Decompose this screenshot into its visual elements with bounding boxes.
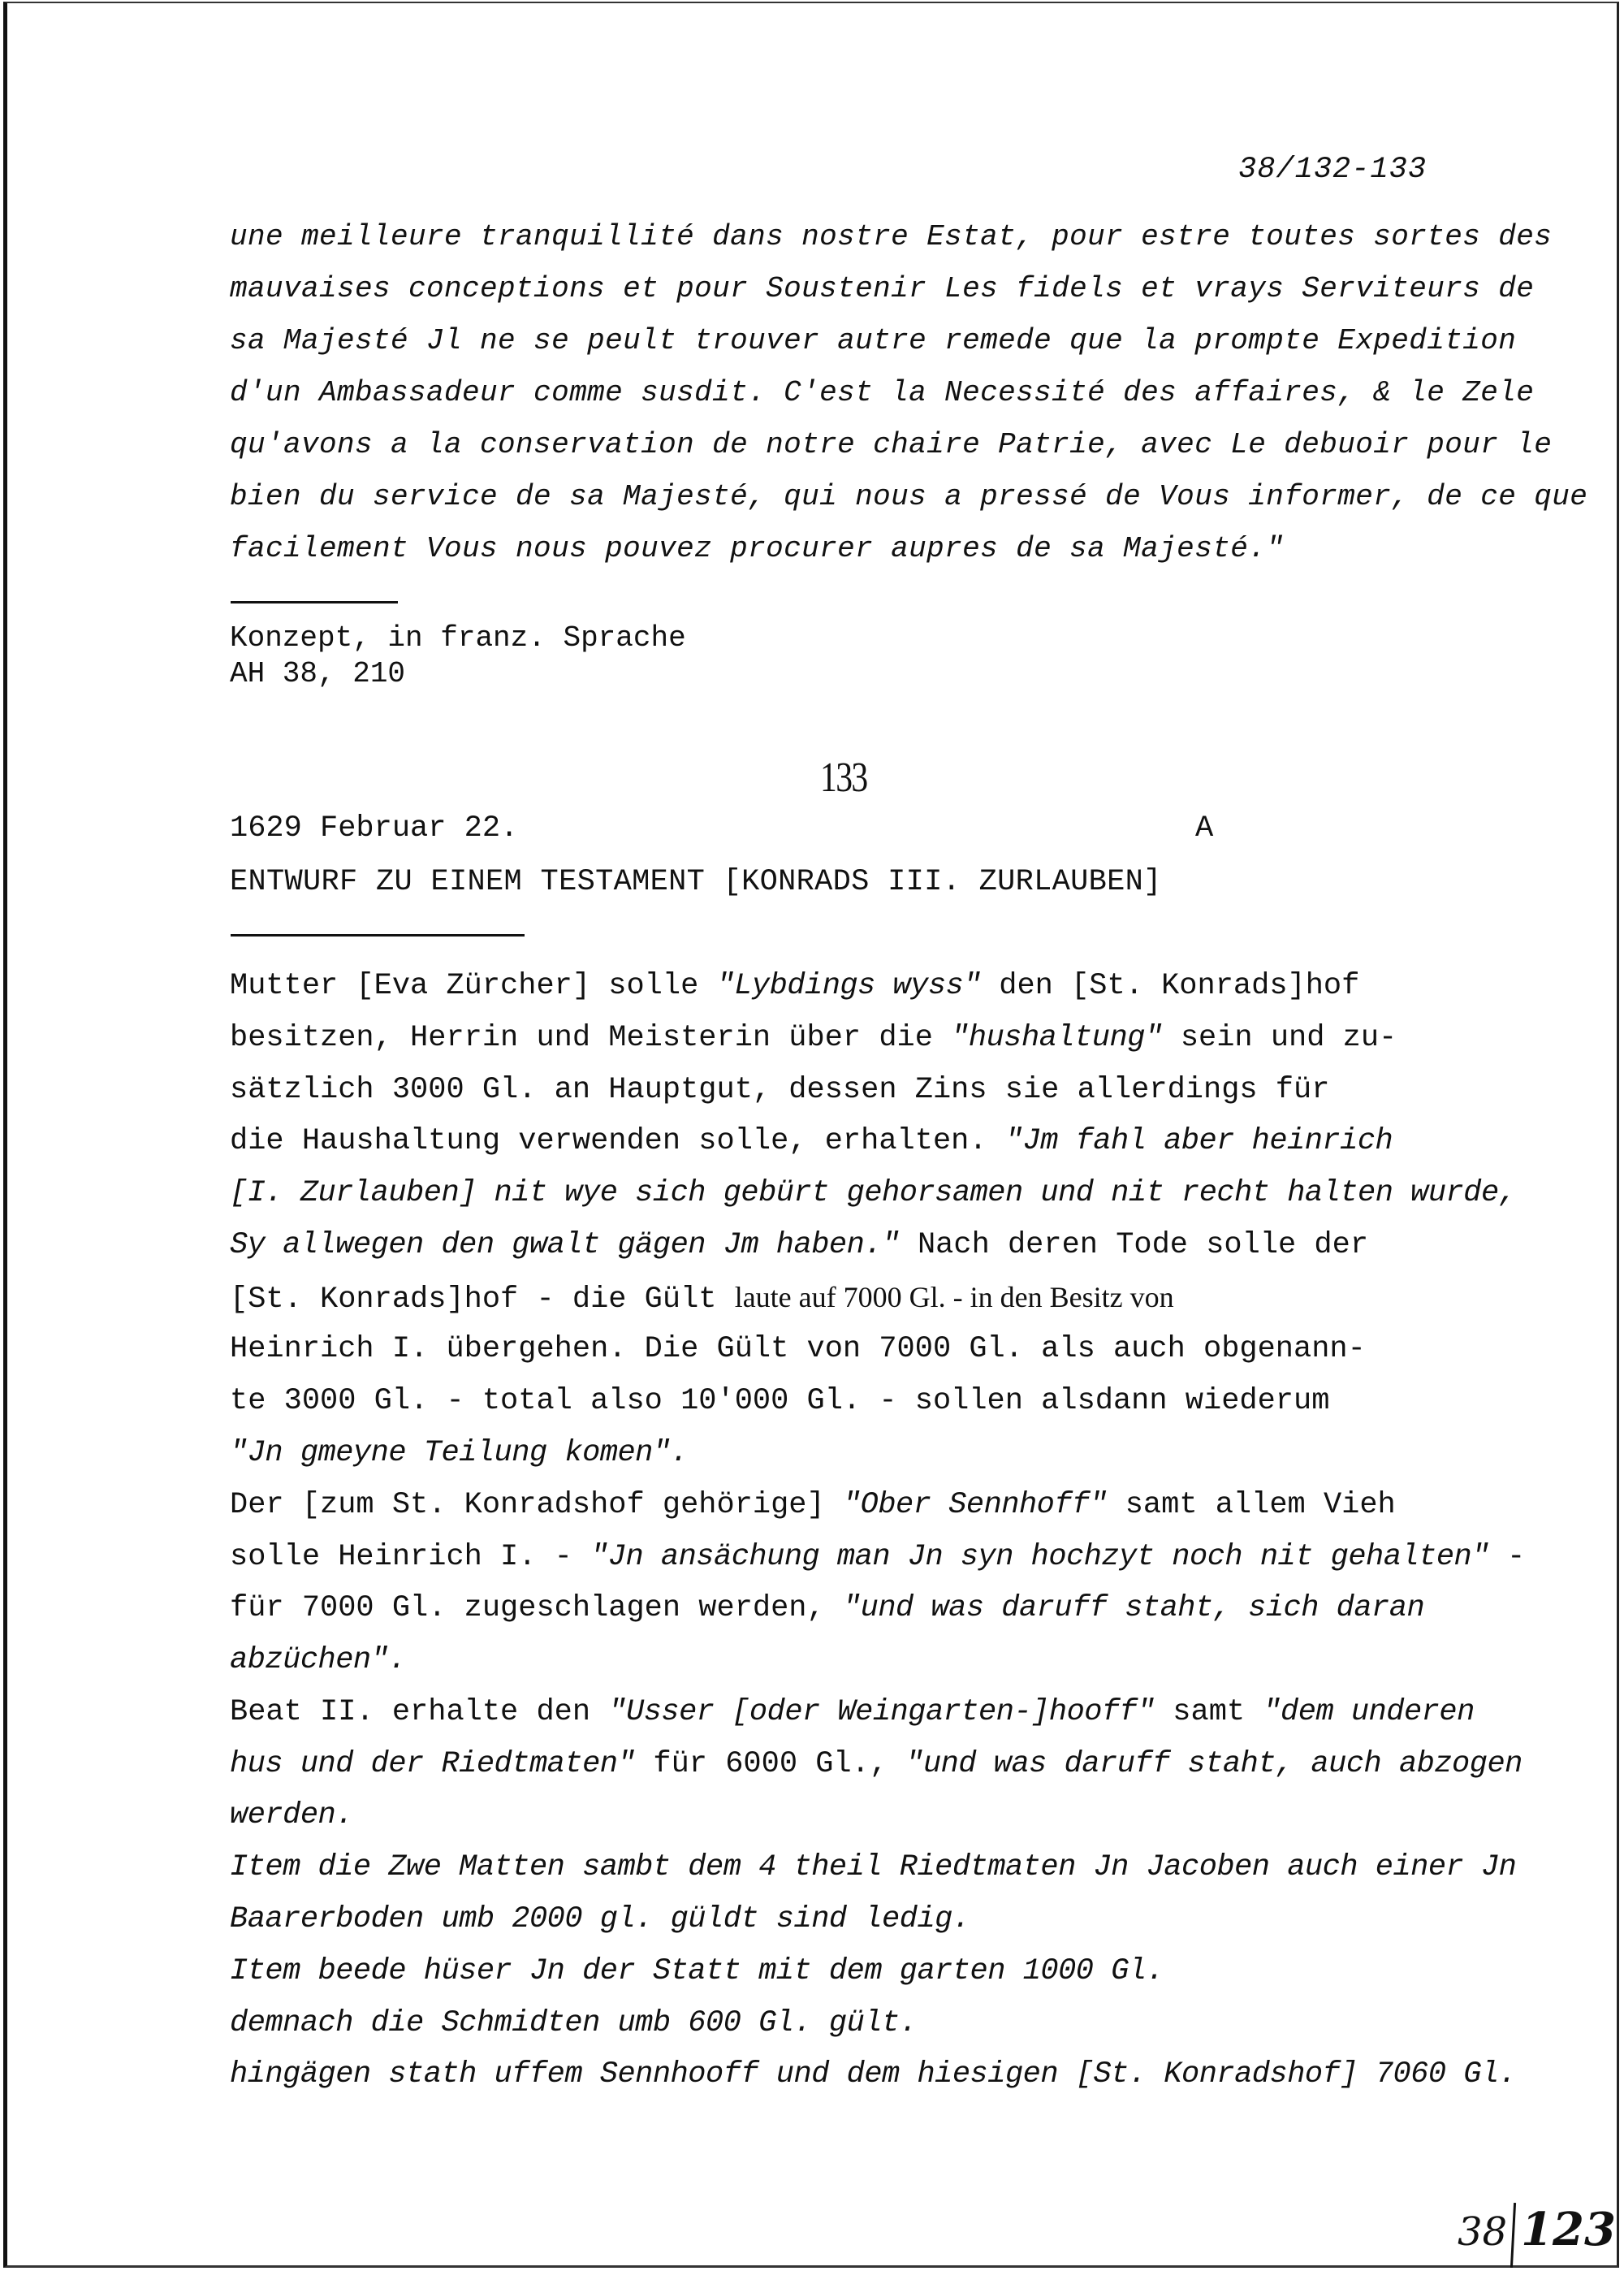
document-date: 1629 Februar 22. [230,811,518,846]
body-line: demnach die Schmidten umb 600 Gl. gült. [230,2005,917,2041]
body-line: Sy allwegen den gwalt gägen Jm haben." N… [230,1227,1368,1263]
summary-text: Der [zum St. Konradshof gehörige] [230,1488,843,1522]
summary-text: samt allem Vieh [1108,1488,1396,1522]
body-line: hingägen stath uffem Sennhooff und dem h… [230,2057,1516,2092]
summary-text: Heinrich I. übergehen. Die Gült von 7000… [230,1332,1366,1366]
quoted-source-text: "Usser [oder Weingarten-]hooff" [608,1695,1155,1729]
body-line: Beat II. erhalte den "Usser [oder Weinga… [230,1694,1475,1730]
source-note-line-1: Konzept, in franz. Sprache [230,621,686,656]
body-line: Mutter [Eva Zürcher] solle "Lybdings wys… [230,968,1359,1004]
summary-text: samt [1155,1695,1263,1729]
quoted-source-text: "dem underen [1263,1695,1474,1729]
handwritten-folio-number: 38123 [1458,2203,1616,2268]
quoted-source-text: Item die Zwe Matten sambt dem 4 theil Ri… [230,1850,1516,1884]
body-line: Heinrich I. übergehen. Die Gült von 7000… [230,1331,1366,1367]
quoted-source-text: "Jn gmeyne Teilung komen". [230,1436,688,1470]
quoted-source-text: "Jm fahl aber heinrich [1005,1124,1393,1158]
summary-text: [St. Konrads]hof - die Gült [230,1283,735,1317]
quoted-source-text: hingägen stath uffem Sennhooff und dem h… [230,2057,1516,2091]
summary-text: besitzen, Herrin und Meisterin über die [230,1021,951,1055]
summary-text: sein und zu- [1163,1021,1397,1055]
quoted-source-text: "und was daruff staht, auch abzogen [905,1747,1522,1781]
body-line: werden. [230,1797,353,1833]
body-line: solle Heinrich I. - "Jn ansächung man Jn… [230,1539,1525,1575]
page-reference: 38/132-133 [1238,153,1427,187]
summary-text: die Haushaltung verwenden solle, erhalte… [230,1124,1005,1158]
summary-text: für 6000 Gl., [635,1747,905,1781]
quoted-source-text: werden. [230,1798,353,1832]
summary-text: für 7000 Gl. zugeschlagen werden, [230,1591,843,1625]
folio-page: 123 [1521,2203,1616,2256]
summary-text: Mutter [Eva Zürcher] solle [230,969,717,1003]
body-line: "Jn gmeyne Teilung komen". [230,1435,688,1471]
quoted-source-text: hus und der Riedtmaten" [230,1747,635,1781]
body-line: die Haushaltung verwenden solle, erhalte… [230,1123,1393,1159]
quote-line: qu'avons a la conservation de notre chai… [230,427,1552,463]
body-line: [St. Konrads]hof - die Gült laute auf 70… [230,1279,1174,1317]
summary-text: - [1489,1540,1525,1574]
summary-text: sätzlich 3000 Gl. an Hauptgut, dessen Zi… [230,1073,1329,1107]
body-line: hus und der Riedtmaten" für 6000 Gl., "u… [230,1746,1522,1782]
body-line: te 3000 Gl. - total also 10'000 Gl. - so… [230,1383,1329,1419]
body-line: Der [zum St. Konradshof gehörige] "Ober … [230,1487,1396,1523]
body-line: Item beede hüser Jn der Statt mit dem ga… [230,1953,1164,1989]
document-title: ENTWURF ZU EINEM TESTAMENT [KONRADS III.… [230,864,1162,900]
quoted-source-text: [I. Zurlauben] nit wye sich gebürt gehor… [230,1176,1516,1210]
quoted-source-text: Item beede hüser Jn der Statt mit dem ga… [230,1954,1164,1988]
quoted-source-text: Sy allwegen den gwalt gägen Jm haben." [230,1228,900,1262]
quoted-source-text: "hushaltung" [951,1021,1162,1055]
body-line: Item die Zwe Matten sambt dem 4 theil Ri… [230,1849,1516,1885]
body-line: für 7000 Gl. zugeschlagen werden, "und w… [230,1590,1424,1626]
title-underline [231,934,525,937]
quote-line: une meilleure tranquillité dans nostre E… [230,219,1552,255]
summary-text: te 3000 Gl. - total also 10'000 Gl. - so… [230,1384,1329,1418]
quote-line: bien du service de sa Majesté, qui nous … [230,479,1587,515]
summary-text: den [St. Konrads]hof [981,969,1359,1003]
quoted-source-text: "Jn ansächung man Jn syn hochzyt noch ni… [590,1540,1489,1574]
document-type-marker: A [1195,811,1213,846]
quote-line: mauvaises conceptions et pour Soustenir … [230,271,1534,307]
quote-line: sa Majesté Jl ne se peult trouver autre … [230,323,1516,359]
body-line: besitzen, Herrin und Meisterin über die … [230,1020,1397,1056]
quoted-source-text: abzüchen". [230,1643,406,1677]
quoted-source-text: "Lybdings wyss" [717,969,982,1003]
summary-text: Beat II. erhalte den [230,1695,608,1729]
summary-text: solle Heinrich I. - [230,1540,590,1574]
summary-text: laute auf 7000 Gl. - in den Besitz von [735,1281,1174,1313]
quote-line: d'un Ambassadeur comme susdit. C'est la … [230,375,1534,411]
quote-line: facilement Vous nous pouvez procurer aup… [230,531,1284,567]
quoted-source-text: demnach die Schmidten umb 600 Gl. gült. [230,2006,917,2040]
folio-volume: 38 [1458,2209,1507,2255]
quoted-source-text: "und was daruff staht, sich daran [843,1591,1424,1625]
document-number: 133 [820,754,867,802]
summary-text: Nach deren Tode solle der [900,1228,1368,1262]
section-divider [231,601,398,603]
body-line: [I. Zurlauben] nit wye sich gebürt gehor… [230,1175,1516,1211]
body-line: sätzlich 3000 Gl. an Hauptgut, dessen Zi… [230,1072,1329,1108]
body-line: Baarerboden umb 2000 gl. güldt sind ledi… [230,1901,970,1937]
quoted-source-text: Baarerboden umb 2000 gl. güldt sind ledi… [230,1902,970,1936]
quoted-source-text: "Ober Sennhoff" [843,1488,1108,1522]
folio-separator [1510,2203,1516,2268]
body-line: abzüchen". [230,1642,406,1678]
source-note-line-2: AH 38, 210 [230,656,405,692]
